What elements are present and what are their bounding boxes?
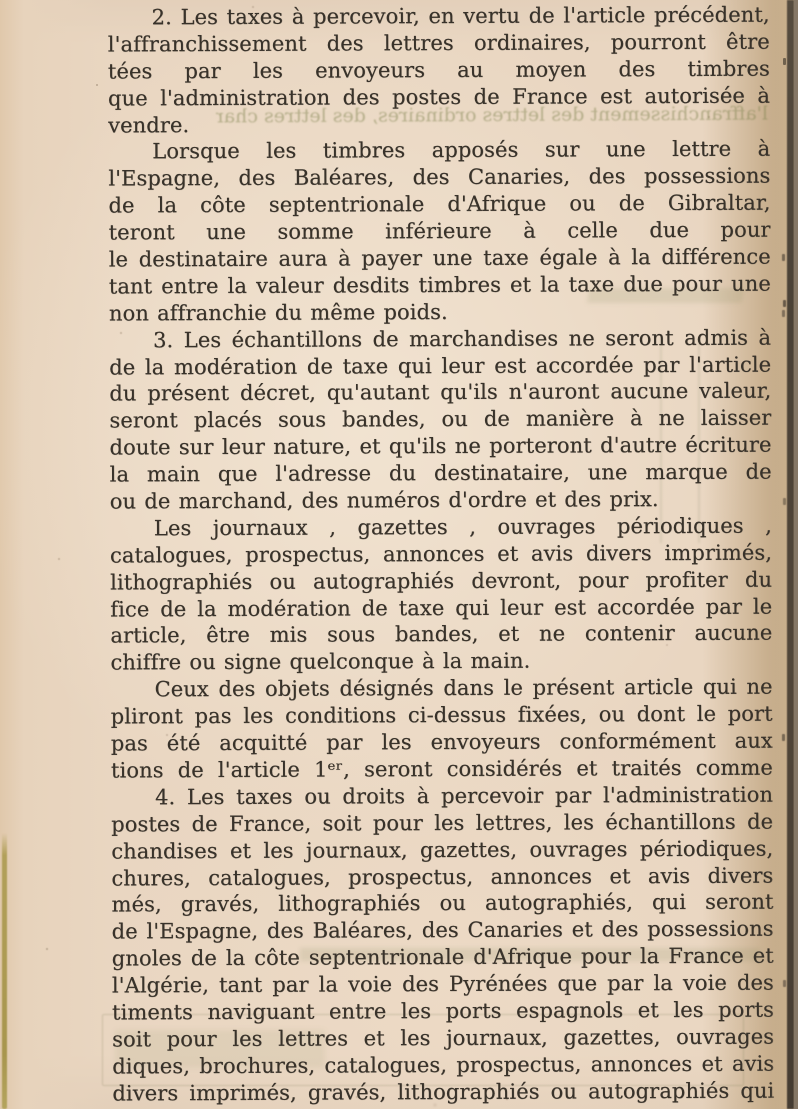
paper-specks [96,84,98,86]
text-line: tées par les envoyeurs au moyen des timb… [108,55,770,85]
text-line: fice de la modération de taxe qui leur e… [110,593,772,623]
text-line: ou de marchand, des numéros d'ordre et d… [110,486,772,516]
text-line: diques, brochures, catalogues, prospectu… [112,1050,774,1080]
text-line: de l'Espagne, des Baléares, des Canaries… [112,916,774,946]
page-edge-outer [794,0,798,1109]
edge-ink-marks [783,58,786,65]
text-line: pliront pas les conditions ci-dessus fix… [111,701,773,731]
text-line: chures, catalogues, prospectus, annonces… [111,862,773,892]
text-line: tant entre la valeur desdits timbres et … [109,270,771,300]
text-line: article, être mis sous bandes, et ne con… [110,620,772,650]
text-line: divers imprimés, gravés, lithographiés o… [112,1077,774,1107]
paragraph: 3. Les échantillons de marchandises ne s… [109,324,772,515]
text-line: postes de France, soit pour les lettres,… [111,808,773,838]
paragraph: Lorsque les timbres apposés sur une lett… [108,136,771,327]
text-line: lithographiés ou autographiés devront, p… [110,566,772,596]
text-line: le destinataire aura à payer une taxe ég… [109,244,771,274]
text-line: 3. Les échantillons de marchandises ne s… [109,324,771,354]
text-line: gnoles de la côte septentrionale d'Afriq… [112,943,774,973]
text-line: catalogues, prospectus, annonces et avis… [110,539,772,569]
text-line: timents naviguant entre les ports espagn… [112,997,774,1027]
paragraph: 4. Les taxes ou droits à percevoir par l… [111,781,774,1107]
text-line: chiffre ou signe quelconque à la main. [110,647,772,677]
text-line: 4. Les taxes ou droits à percevoir par l… [111,781,773,811]
text-line: tions de l'article 1ᵉʳ, seront considéré… [111,754,773,784]
text-line: Lorsque les timbres apposés sur une lett… [108,136,770,166]
text-line: l'Espagne, des Baléares, des Canaries, d… [108,163,770,193]
text-line: pas été acquitté par les envoyeurs confo… [111,728,773,758]
page-edge-strip [2,833,7,1109]
text-line: la main que l'adresse du destinataire, u… [110,459,772,489]
text-line: vendre. [108,109,770,139]
text-line: teront une somme inférieure à celle due … [109,217,771,247]
text-line: Les journaux , gazettes , ouvrages pério… [110,512,772,542]
text-line: non affranchie du même poids. [109,297,771,327]
text-line: soit pour les lettres et les journaux, g… [112,1023,774,1053]
book-gutter-line [787,0,794,1109]
text-line: de la côte septentrionale d'Afrique ou d… [108,190,770,220]
paragraph: Ceux des objets désignés dans le présent… [111,674,773,784]
text-line: de la modération de taxe qui leur est ac… [109,351,771,381]
text-line: 2. Les taxes à percevoir, en vertu de l'… [108,2,770,32]
text-line: Ceux des objets désignés dans le présent… [111,674,773,704]
page-text: 2. Les taxes à percevoir, en vertu de l'… [108,2,775,1107]
text-line: doute sur leur nature, et qu'ils ne port… [109,432,771,462]
paragraph: 2. Les taxes à percevoir, en vertu de l'… [108,2,771,139]
text-line: chandises et les journaux, gazettes, ouv… [111,835,773,865]
text-line: du présent décret, qu'autant qu'ils n'au… [109,378,771,408]
text-line: l'Algérie, tant par la voie des Pyrénées… [112,970,774,1000]
paragraph: Les journaux , gazettes , ouvrages pério… [110,512,773,676]
text-line: seront placés sous bandes, ou de manière… [109,405,771,435]
text-line: més, gravés, lithographiés ou autographi… [111,889,773,919]
text-line: l'affranchissement des lettres ordinaire… [108,28,770,58]
text-line: que l'administration des postes de Franc… [108,82,770,112]
